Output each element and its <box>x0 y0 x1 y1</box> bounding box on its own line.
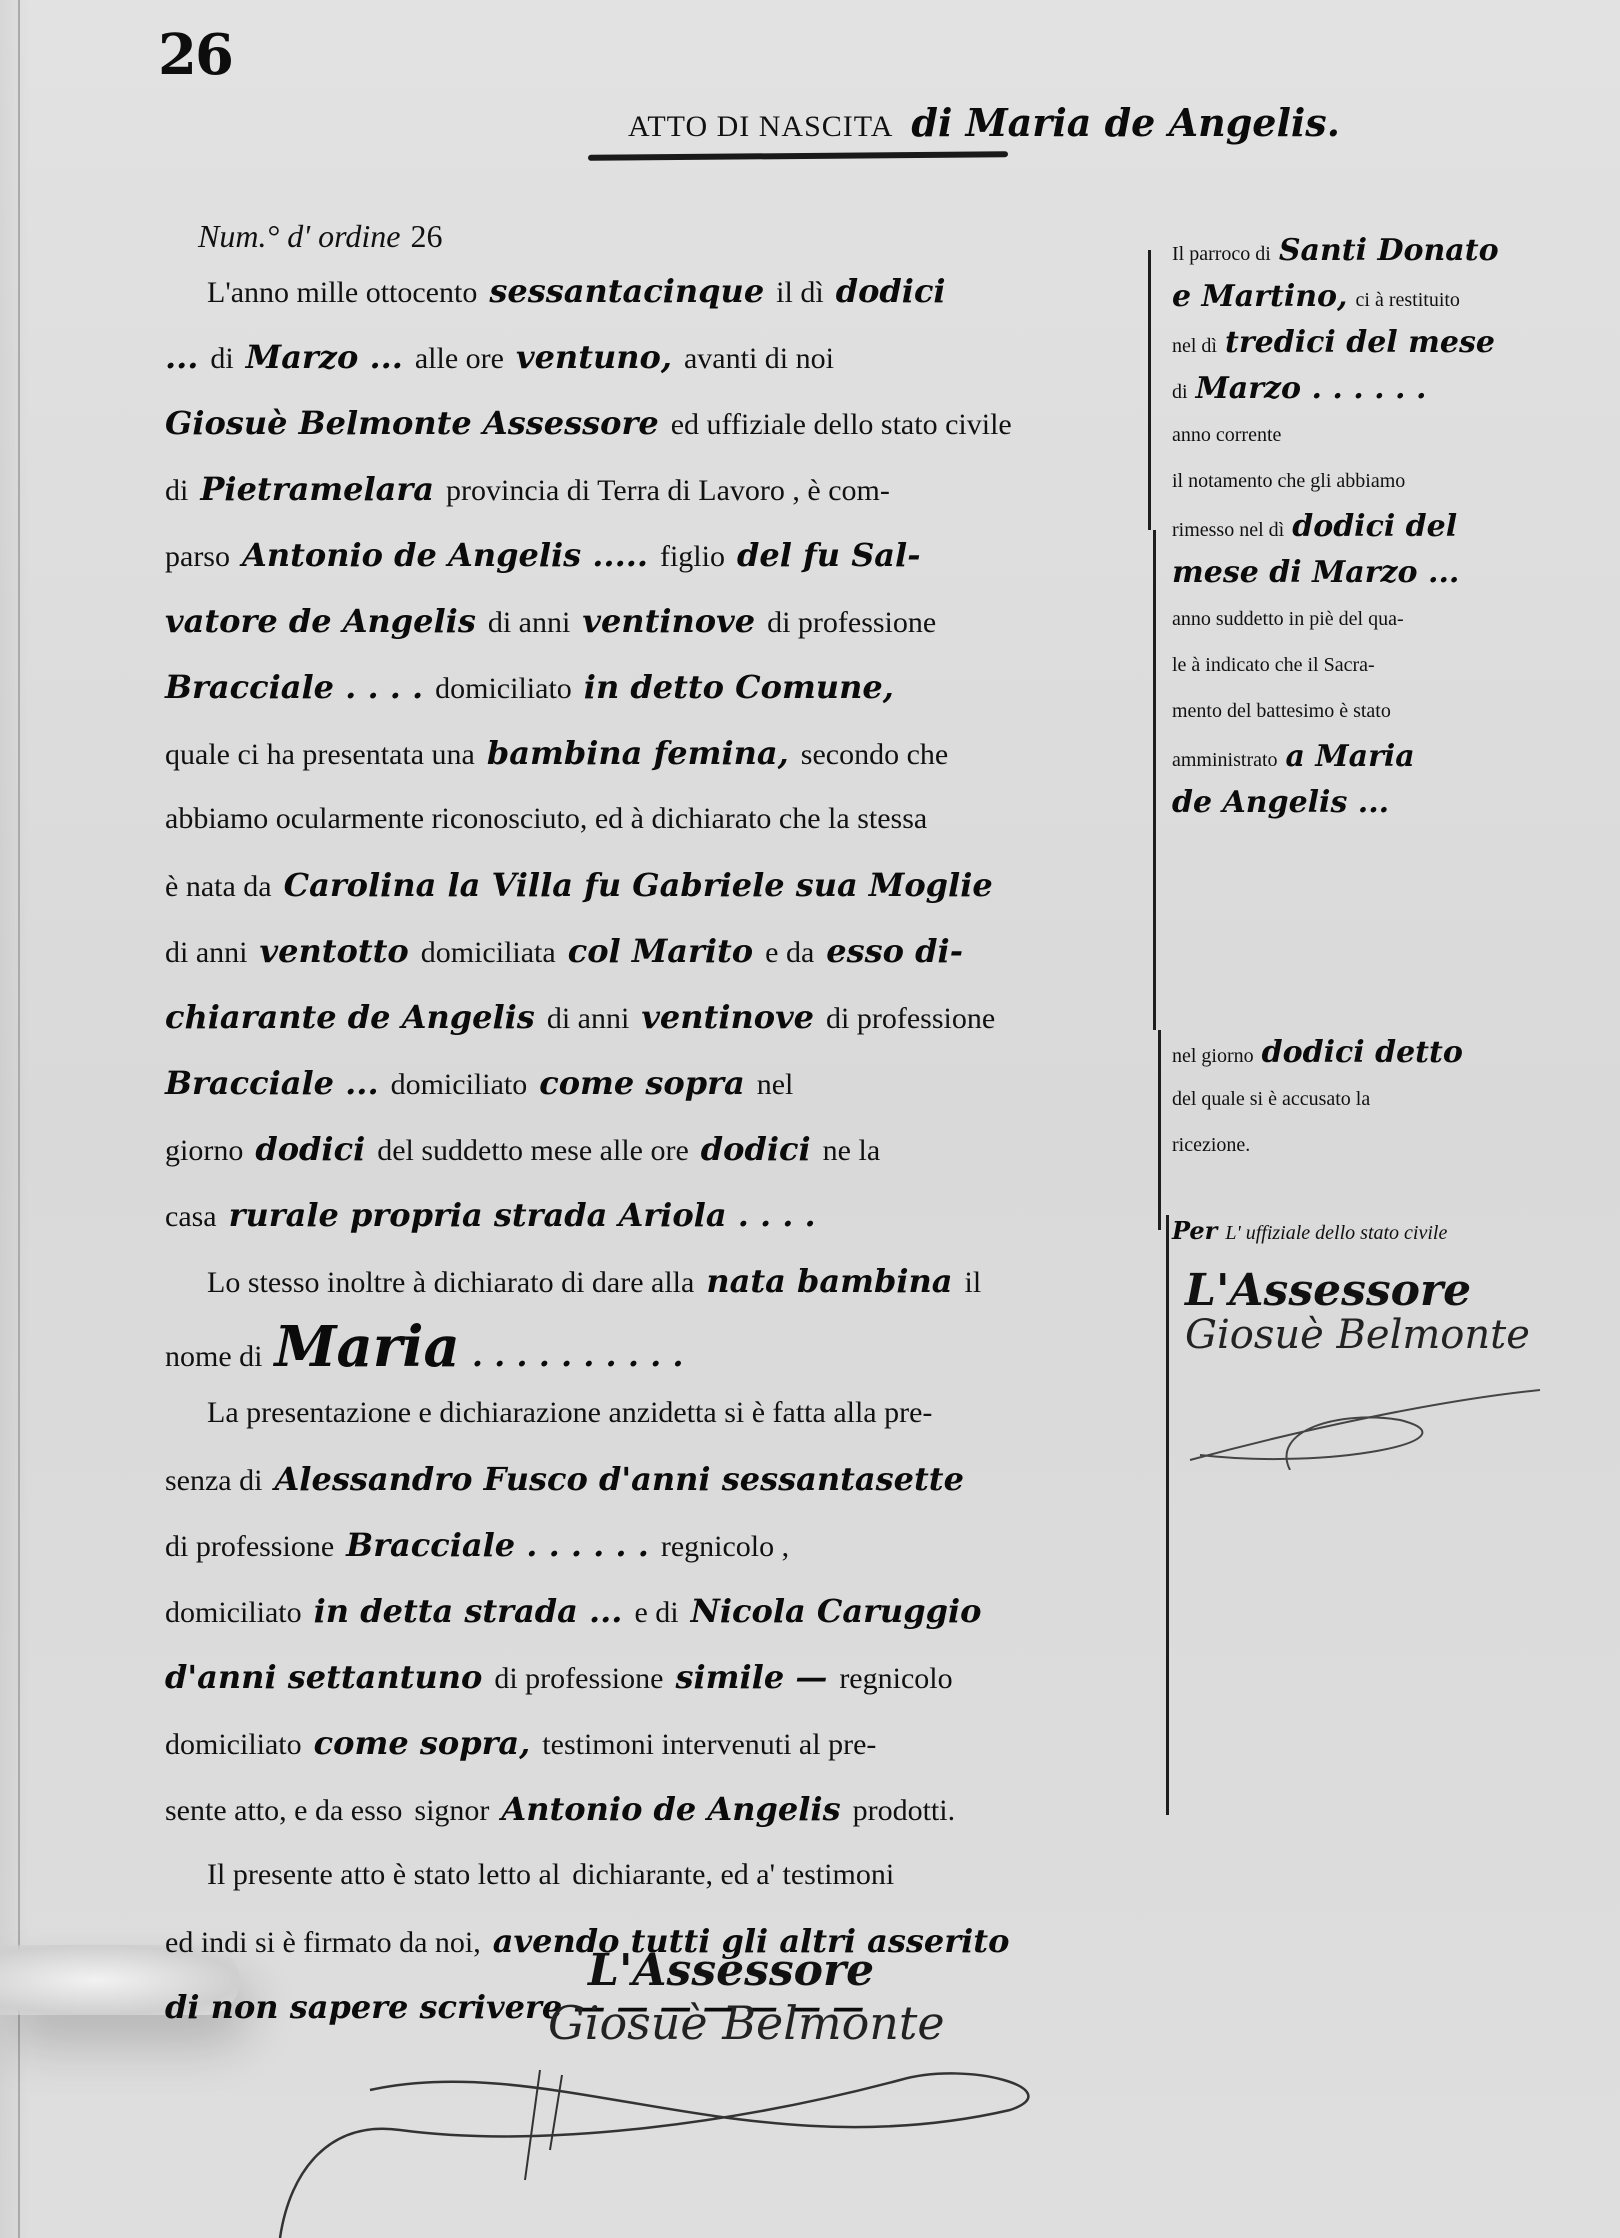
column-divider <box>1153 530 1156 1030</box>
handwritten-text: Marzo ... <box>246 324 403 390</box>
record-line: Bracciale ...domiciliatocome sopranel <box>165 1050 1135 1116</box>
handwritten-text: . . . . . . . . . . <box>472 1322 684 1388</box>
handwritten-text: Marzo . . . . . . <box>1196 366 1427 412</box>
printed-text: domiciliato <box>391 1052 528 1118</box>
record-line: è nata daCarolina la Villa fu Gabriele s… <box>165 852 1135 918</box>
handwritten-text: Bracciale . . . . . . <box>346 1512 649 1578</box>
printed-text: e di <box>634 1580 678 1646</box>
printed-text: di professione <box>494 1646 663 1712</box>
printed-text: di professione <box>165 1514 334 1580</box>
record-line: di professioneBracciale . . . . . .regni… <box>165 1512 1135 1578</box>
margin-line: e Martino,ci à restituito <box>1172 274 1612 320</box>
margin-line: Il parroco diSanti Donato <box>1172 228 1612 274</box>
page-number: 26 <box>158 22 232 88</box>
record-line: Lo stesso inoltre à dichiarato di dare a… <box>165 1248 1135 1314</box>
printed-text: prodotti. <box>853 1778 956 1844</box>
printed-text: L'anno mille ottocento <box>207 260 477 326</box>
margin-line: mese di Marzo ... <box>1172 550 1612 596</box>
order-value: 26 <box>410 218 442 254</box>
handwritten-text: bambina femina, <box>487 720 789 786</box>
printed-text: di professione <box>767 590 936 656</box>
printed-text: Lo stesso inoltre à dichiarato di dare a… <box>207 1250 694 1316</box>
record-line: L'anno mille ottocentosessantacinqueil d… <box>165 258 1135 324</box>
footer-signature-flourish <box>250 2050 1050 2238</box>
printed-text: casa <box>165 1184 217 1250</box>
handwritten-text: ventinove <box>582 588 755 654</box>
handwritten-text: Santi Donato <box>1279 228 1499 274</box>
handwritten-text: del fu Sal- <box>737 522 920 588</box>
footer-signature-name: Giosuè Belmonte <box>548 1996 945 2050</box>
printed-text: del suddetto mese alle ore <box>377 1118 689 1184</box>
footer-signature: L'Assessore Giosuè Belmonte <box>548 1945 945 2050</box>
printed-text: abbiamo ocularmente riconosciuto, ed à d… <box>165 786 927 852</box>
record-line: sente atto, e da essosignorAntonio de An… <box>165 1776 1135 1842</box>
margin-line: le à indicato che il Sacra- <box>1172 642 1612 688</box>
printed-text: il notamento che gli abbiamo <box>1172 458 1405 504</box>
record-line: domiciliatocome sopra,testimoni interven… <box>165 1710 1135 1776</box>
handwritten-text: in detto Comune, <box>584 654 894 720</box>
printed-text: di <box>1172 369 1188 415</box>
margin-signature: L'Assessore Giosuè Belmonte <box>1185 1265 1530 1358</box>
printed-text: ne la <box>823 1118 880 1184</box>
column-divider <box>1158 1030 1161 1230</box>
printed-text: di <box>165 458 188 524</box>
margin-signature-name: Giosuè Belmonte <box>1185 1312 1530 1358</box>
title-printed: ATTO DI NASCITA <box>628 110 893 144</box>
printed-text: è nata da <box>165 854 272 920</box>
printed-text: le à indicato che il Sacra- <box>1172 642 1375 688</box>
handwritten-text: Maria <box>275 1314 460 1380</box>
margin-line: il notamento che gli abbiamo <box>1172 458 1612 504</box>
handwritten-text: a Maria <box>1286 734 1415 780</box>
printed-text: amministrato <box>1172 737 1278 783</box>
handwritten-text: dodici del <box>1292 504 1457 550</box>
handwritten-text: tredici del mese <box>1225 320 1495 366</box>
handwritten-text: sessantacinque <box>489 258 764 324</box>
record-line: Il presente atto è stato letto aldichiar… <box>165 1842 1135 1908</box>
printed-text: mento del battesimo è stato <box>1172 688 1391 734</box>
handwritten-text: Antonio de Angelis ..... <box>242 522 648 588</box>
record-body: L'anno mille ottocentosessantacinqueil d… <box>165 258 1135 2040</box>
handwritten-text: Bracciale ... <box>165 1050 379 1116</box>
handwritten-text: come sopra <box>539 1050 745 1116</box>
official-label: L' uffiziale dello stato civile <box>1225 1210 1447 1256</box>
printed-text: ed uffiziale dello stato civile <box>671 392 1012 458</box>
margin-line: anno suddetto in piè del qua- <box>1172 596 1612 642</box>
handwritten-text: rurale propria strada Ariola . . . . <box>229 1182 816 1248</box>
printed-text: testimoni intervenuti al pre- <box>542 1712 876 1778</box>
margin-line: mento del battesimo è stato <box>1172 688 1612 734</box>
record-line: ... diMarzo ...alle oreventuno,avanti di… <box>165 324 1135 390</box>
record-line: Bracciale . . . .domiciliatoin detto Com… <box>165 654 1135 720</box>
handwritten-text: Alessandro Fusco d'anni sessantasette <box>274 1446 963 1512</box>
handwritten-text: Bracciale . . . . <box>165 654 423 720</box>
printed-text: nel dì <box>1172 323 1217 369</box>
margin-line: diMarzo . . . . . . <box>1172 366 1612 412</box>
printed-text: anno corrente <box>1172 412 1281 458</box>
handwritten-text: chiarante de Angelis <box>165 984 535 1050</box>
printed-text: domiciliato <box>435 656 572 722</box>
record-line: parsoAntonio de Angelis .....figliodel f… <box>165 522 1135 588</box>
handwritten-text: dodici <box>255 1116 365 1182</box>
printed-text: di anni <box>488 590 571 656</box>
margin-hand: dodici detto <box>1262 1030 1463 1076</box>
record-line: diPietramelaraprovincia di Terra di Lavo… <box>165 456 1135 522</box>
printed-text: La presentazione e dichiarazione anzidet… <box>207 1380 932 1446</box>
title-handwritten: di Maria de Angelis. <box>911 100 1340 145</box>
column-divider <box>1166 1215 1169 1815</box>
record-line: domiciliatoin detta strada ...e diNicola… <box>165 1578 1135 1644</box>
printed-text: giorno <box>165 1118 243 1184</box>
margin-signature-title: L'Assessore <box>1185 1265 1530 1316</box>
margin-line: ricezione. <box>1172 1122 1612 1168</box>
record-line: vatore de Angelisdi anniventinovedi prof… <box>165 588 1135 654</box>
record-line: d'anni settantunodi professionesimile —r… <box>165 1644 1135 1710</box>
record-line: abbiamo ocularmente riconosciuto, ed à d… <box>165 786 1135 852</box>
margin-line: nel dìtredici del mese <box>1172 320 1612 366</box>
printed-text: provincia di Terra di Lavoro , è com- <box>446 458 890 524</box>
handwritten-text: vatore de Angelis <box>165 588 476 654</box>
printed-text: ed indi si è firmato da noi, <box>165 1910 481 1976</box>
printed-text: Il parroco di <box>1172 231 1271 277</box>
record-line: Giosuè Belmonte Assessoreed uffiziale de… <box>165 390 1135 456</box>
handwritten-text: Carolina la Villa fu Gabriele sua Moglie <box>284 852 993 918</box>
handwritten-text: ventotto <box>260 918 409 984</box>
printed-text: regnicolo , <box>661 1514 789 1580</box>
printed-text: di professione <box>826 986 995 1052</box>
handwritten-text: Antonio de Angelis <box>501 1776 840 1842</box>
printed-text: figlio <box>660 524 725 590</box>
handwritten-text: simile — <box>675 1644 827 1710</box>
handwritten-text: dodici <box>836 258 946 324</box>
printed-text: quale ci ha presentata una <box>165 722 475 788</box>
printed-text: e da <box>765 920 814 986</box>
handwritten-text: mese di Marzo ... <box>1172 550 1459 596</box>
record-line: La presentazione e dichiarazione anzidet… <box>165 1380 1135 1446</box>
printed-text: Il presente atto è stato letto al <box>207 1842 560 1908</box>
printed-text: nel <box>757 1052 794 1118</box>
printed-text: di anni <box>165 920 248 986</box>
printed-text: rimesso nel dì <box>1172 507 1284 553</box>
handwritten-text: nata bambina <box>706 1248 952 1314</box>
scan-edge-line <box>18 0 20 2238</box>
handwritten-text: d'anni settantuno <box>165 1644 482 1710</box>
handwritten-text: de Angelis ... <box>1172 780 1389 826</box>
footer-signature-title: L'Assessore <box>548 1945 945 1996</box>
record-line: quale ci ha presentata unabambina femina… <box>165 720 1135 786</box>
printed-text: parso <box>165 524 230 590</box>
printed-text: di anni <box>547 986 630 1052</box>
handwritten-text: esso di- <box>826 918 963 984</box>
document-title: ATTO DI NASCITA di Maria de Angelis. <box>628 100 1340 145</box>
margin-line: nel giorno dodici detto <box>1172 1030 1612 1076</box>
margin-line: anno corrente <box>1172 412 1612 458</box>
record-line: di anniventottodomiciliatacol Maritoe da… <box>165 918 1135 984</box>
handwritten-text: ventuno, <box>516 324 672 390</box>
column-divider <box>1148 250 1151 530</box>
printed-text: anno suddetto in piè del qua- <box>1172 596 1404 642</box>
record-line: chiarante de Angelisdi anniventinovedi p… <box>165 984 1135 1050</box>
printed-text: domiciliato <box>165 1712 302 1778</box>
printed-text: secondo che <box>801 722 948 788</box>
margin-line: amministratoa Maria <box>1172 734 1612 780</box>
margin-signature-flourish <box>1180 1360 1580 1470</box>
printed-text: di <box>210 326 233 392</box>
printed-text: avanti di noi <box>684 326 834 392</box>
margin-print: nel giorno <box>1172 1033 1254 1079</box>
margin-line: rimesso nel dìdodici del <box>1172 504 1612 550</box>
handwritten-text: Giosuè Belmonte Assessore <box>165 390 659 456</box>
margin-line: de Angelis ... <box>1172 780 1612 826</box>
printed-text: regnicolo <box>839 1646 952 1712</box>
handwritten-text: in detta strada ... <box>314 1578 623 1644</box>
margin-footer: nel giorno dodici detto del quale si è a… <box>1172 1030 1612 1254</box>
handwritten-text: Nicola Caruggio <box>691 1578 982 1644</box>
official-label-line: Per L' uffiziale dello stato civile <box>1172 1208 1612 1254</box>
printed-text: signor <box>414 1778 489 1844</box>
printed-text: ci à restituito <box>1356 277 1460 323</box>
printed-text: domiciliato <box>165 1580 302 1646</box>
official-prefix: Per <box>1172 1208 1217 1254</box>
printed-text: il dì <box>776 260 824 326</box>
handwritten-text: col Marito <box>568 918 753 984</box>
record-line: senza diAlessandro Fusco d'anni sessanta… <box>165 1446 1135 1512</box>
handwritten-text: e Martino, <box>1172 274 1348 320</box>
printed-text: senza di <box>165 1448 262 1514</box>
handwritten-text: dodici <box>701 1116 811 1182</box>
printed-text: alle ore <box>415 326 504 392</box>
printed-text: dichiarante, ed a' testimoni <box>572 1842 894 1908</box>
record-line: giornododicidel suddetto mese alle oredo… <box>165 1116 1135 1182</box>
printed-text: sente atto, e da esso <box>165 1778 402 1844</box>
handwritten-text: Pietramelara <box>200 456 434 522</box>
order-label: Num.° d' ordine <box>198 218 400 254</box>
handwritten-text: ... <box>165 324 198 390</box>
record-line: casarurale propria strada Ariola . . . . <box>165 1182 1135 1248</box>
margin-line: del quale si è accusato la <box>1172 1076 1612 1122</box>
printed-text: domiciliata <box>421 920 556 986</box>
printed-text: il <box>964 1250 981 1316</box>
record-line: nome diMaria. . . . . . . . . . <box>165 1314 1135 1380</box>
handwritten-text: come sopra, <box>314 1710 531 1776</box>
handwritten-text: ventinove <box>641 984 814 1050</box>
parish-margin-note: Il parroco diSanti Donatoe Martino,ci à … <box>1172 228 1612 826</box>
order-number: Num.° d' ordine26 <box>198 218 442 255</box>
